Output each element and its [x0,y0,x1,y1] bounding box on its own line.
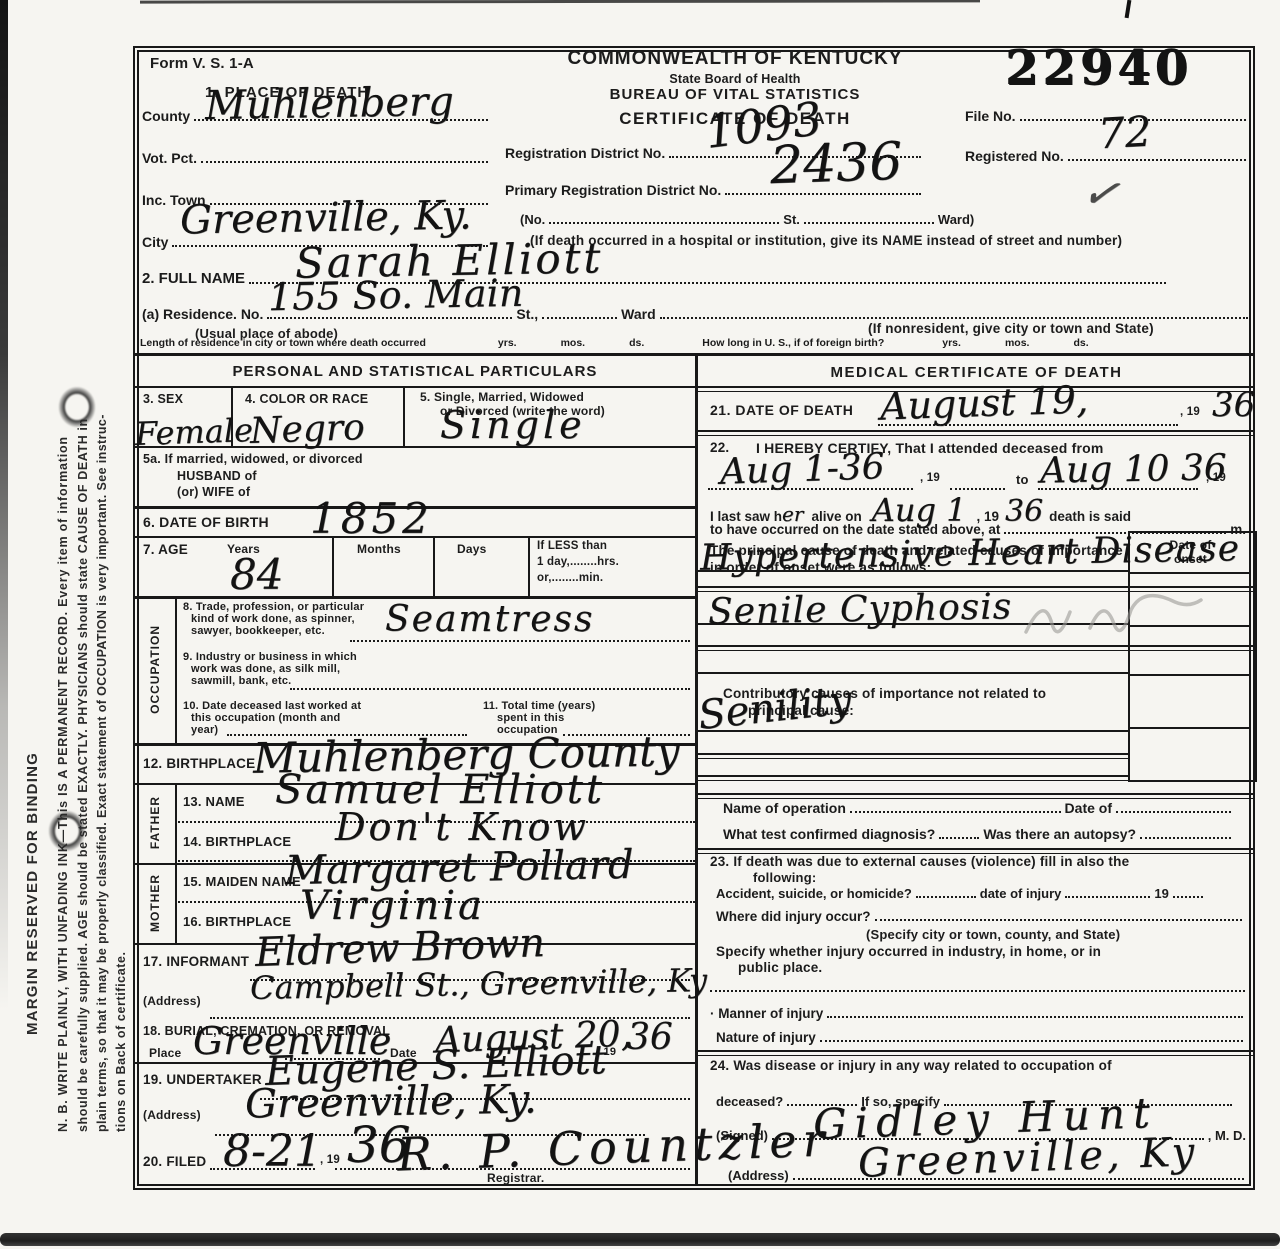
specify-whether-text-2: public place. [738,960,822,975]
registered-no-label: Registered No. [965,148,1064,164]
last-saw-date-value: Aug 1 [872,494,967,526]
margin-binding-text: MARGIN RESERVED FOR BINDING [24,752,41,1035]
date-of-death-label: 21. DATE OF DEATH [710,402,853,418]
mother-birthplace-value: Virginia [300,886,485,926]
last-saw-er: er [782,504,803,524]
cell-border [433,536,435,596]
where-injury-label: Where did injury occur? [716,909,871,924]
less-than-label-1: If LESS than [537,540,607,552]
street-no-line [549,222,779,224]
mother-side-text: MOTHER [148,874,162,932]
deceased-label: deceased? [716,1094,783,1109]
personal-section: PERSONAL AND STATISTICAL PARTICULARS 3. … [135,356,698,1184]
scan-top-edge-artifact [140,0,980,4]
father-name-value: Samuel Elliott [275,770,605,810]
date-of-death-year-value: 36 [1212,388,1255,422]
occupation-side-text: OCCUPATION [148,625,162,714]
street-st-line [804,222,934,224]
attended-from-year-line [950,488,1005,490]
residence-label: (a) Residence. No. [142,306,263,322]
residence-ward-label: Ward [621,306,655,322]
husband-label-2: HUSBAND of [177,469,257,483]
personal-title: PERSONAL AND STATISTICAL PARTICULARS [135,363,695,380]
county-label: County [142,108,190,124]
father-name-label: 13. NAME [183,794,245,809]
primary-district-label: Primary Registration District No. [505,182,721,198]
length-left-label: Length of residence in city or town wher… [140,337,426,349]
color-value: Negro [249,410,365,450]
age-value: 84 [230,554,283,596]
cause-line-3 [698,672,1128,674]
rule [698,430,1255,436]
cell-border [175,863,177,943]
scan-bottom-streak-artifact [0,1233,1280,1246]
accident-row: Accident, suicide, or homicide? date of … [716,886,1246,901]
cause-of-death-2: Senile Cyphosis [708,589,1013,630]
residence-value: 155 So. Main [268,274,524,316]
where-injury-row: Where did injury occur? [716,909,1246,924]
rule [698,753,1128,759]
marital-label-1: 5. Single, Married, Widowed [420,390,584,404]
onset-rule [1130,572,1251,574]
undertaker-address-label: (Address) [143,1108,201,1122]
where-injury-line [875,919,1242,921]
onset-rule [1130,674,1251,676]
date-of-line [1116,811,1231,813]
days-label: Days [457,542,487,556]
length-mos2-label: mos. [1005,337,1030,349]
nature-of-injury-row: Nature of injury [716,1030,1247,1045]
color-label: 4. COLOR OR RACE [245,392,368,406]
nature-of-injury-line [820,1040,1243,1042]
length-yrs2-label: yrs. [942,337,961,349]
father-birthplace-value: Don't Know [335,808,589,846]
form-number: Form V. S. 1-A [150,55,254,72]
voting-precinct-line [201,161,488,163]
certificate-number-stamp: 22940 [1005,44,1192,92]
residence-ward-line [660,317,1248,319]
check-mark: ✓ [1078,169,1122,219]
street-ward-label: Ward) [938,212,974,227]
informant-address-label: (Address) [143,994,201,1008]
trade-label-2: kind of work done, as spinner, [191,613,355,625]
cell-border [175,596,177,743]
mother-maiden-label: 15. MAIDEN NAME [183,874,301,889]
state-board-subtitle: State Board of Health [500,72,970,86]
accident-line [916,896,976,898]
husband-label-3: (or) WIFE of [177,485,250,499]
date-of-death-year-printed: , 19 [1180,406,1200,418]
attended-to-label: to [1016,472,1029,487]
dob-value: 1852 [310,498,433,540]
industry-line [290,688,690,690]
operation-line [850,811,1061,813]
date-of-injury-line [1065,896,1150,898]
filed-year-printed: , 19 [320,1154,340,1166]
nature-of-injury-label: Nature of injury [716,1030,816,1045]
autopsy-label: Was there an autopsy? [983,826,1136,842]
hospital-note: (If death occurred in a hospital or inst… [530,233,1122,248]
medical-section: MEDICAL CERTIFICATE OF DEATH 21. DATE OF… [698,356,1255,1184]
burial-place-label: Place [149,1046,181,1060]
md-label: , M. D. [1208,1128,1246,1143]
burial-year-value: 36 [627,1020,673,1056]
physician-address-value: Greenville, Ky [857,1132,1198,1184]
mother-birthplace-label: 16. BIRTHPLACE [183,914,291,929]
industry-label-3: sawmill, bank, etc. [191,675,291,687]
commonwealth-title: COMMONWEALTH OF KENTUCKY [500,48,970,70]
registration-district-label: Registration District No. [505,145,665,161]
nonresident-note: (If nonresident, give city or town and S… [868,321,1154,336]
length-yrs-label: yrs. [498,337,517,349]
city-value: Greenville, Ky. [180,195,472,240]
dob-label: 6. DATE OF BIRTH [143,514,269,530]
operation-label: Name of operation [723,800,846,816]
last-worked-label-2: this occupation (month and [191,712,340,724]
date-of-label: Date of [1065,800,1112,816]
death-certificate-scan: { "artifacts": { "stamp": "22940", "chec… [0,0,1280,1249]
specify-whether-text-1: Specify whether injury occurred in indus… [716,944,1101,959]
file-no-label: File No. [965,108,1016,124]
margin-note-line3: plain terms, so that it may be properly … [95,414,109,1132]
autopsy-line [1140,837,1231,839]
registrar-signature: R. P. Countzler [396,1116,831,1177]
occupation-related-text: 24. Was disease or injury in any way rel… [710,1058,1112,1073]
date-of-death-value: August 19, [879,380,1088,425]
attended-to-value: Aug 10 36 [1040,450,1227,489]
cause-of-death-1: Hypertensive Heart Disease [700,531,1241,576]
less-than-label-2: 1 day,........hrs. [537,556,619,568]
city-label: City [142,234,168,250]
street-row: (No. St. Ward) [520,212,1255,227]
street-st-label: St. [783,212,800,227]
test-line [939,837,979,839]
residence-st-line [542,317,617,319]
length-ds2-label: ds. [1073,337,1088,349]
father-side-label: FATHER [135,783,175,863]
manner-of-injury-line [827,1016,1243,1018]
violence-text-1: 23. If death was due to external causes … [710,854,1129,869]
last-saw-year-value: 36 [1005,497,1043,527]
full-name-label: 2. FULL NAME [142,270,245,287]
father-birthplace-label: 14. BIRTHPLACE [183,834,291,849]
test-label: What test confirmed diagnosis? [723,826,935,842]
margin-note-line2: should be carefully supplied. AGE should… [76,418,90,1132]
rule [698,793,1255,799]
margin-note-line4: tions on Back of certificate. [114,951,128,1132]
filed-date-value: 8-21 [223,1130,322,1174]
informant-address-value: Campbell St., Greenville, Ky [250,964,708,1004]
length-right-label: How long in U. S., if of foreign birth? [702,337,884,349]
injury-year-line [1173,896,1203,898]
trade-line [350,640,690,642]
trade-value: Seamtress [385,602,595,638]
voting-precinct-label: Vot. Pct. [142,150,197,166]
violence-text-2: following: [753,870,816,885]
accident-label: Accident, suicide, or homicide? [716,886,912,901]
scan-left-edge-artifact [0,0,8,1010]
industry-label-1: 9. Industry or business in which [183,651,357,663]
last-worked-label-3: year) [191,724,218,736]
rule [698,1050,1255,1056]
registered-no-value: 72 [1097,111,1153,156]
cell-border [528,536,530,596]
occupation-side-label: OCCUPATION [135,596,175,743]
age-label: 7. AGE [143,542,188,557]
mother-side-label: MOTHER [135,863,175,943]
trade-label-3: sawyer, bookkeeper, etc. [191,625,325,637]
onset-rule [1130,727,1251,729]
pencil-marks [1018,584,1218,654]
scan-top-tick-artifact [1125,0,1132,18]
street-no-label: (No. [520,212,545,227]
father-side-text: FATHER [148,796,162,849]
county-value: Muhlenberg [205,82,454,126]
test-row: What test confirmed diagnosis? Was there… [723,826,1235,842]
trade-label-1: 8. Trade, profession, or particular [183,601,364,613]
registered-no-line [1068,159,1246,161]
sex-label: 3. SEX [143,392,183,406]
injury-year-printed: 19 [1154,886,1168,901]
blank-line [710,990,1245,992]
cell-border [332,536,334,596]
physician-address-label: (Address) [728,1168,789,1183]
total-time-label-2: spent in this [497,712,564,724]
manner-of-injury-label: · Manner of injury [710,1006,823,1021]
length-of-residence-row: Length of residence in city or town wher… [140,337,1252,349]
margin-note-line1: N. B. WRITE PLAINLY, WITH UNFADING INK—T… [56,436,70,1132]
length-mos-label: mos. [561,337,586,349]
total-time-label-1: 11. Total time (years) [483,700,595,712]
marital-value: Single [440,406,586,444]
contributory-value: Senility [696,680,853,736]
birthplace-label: 12. BIRTHPLACE [143,756,255,771]
cell-border [403,386,405,446]
specify-city-note: (Specify city or town, county, and State… [866,927,1120,942]
manner-of-injury-row: · Manner of injury [710,1006,1247,1021]
months-label: Months [357,542,401,556]
medical-title: MEDICAL CERTIFICATE OF DEATH [698,364,1255,381]
sex-value: Female [134,414,253,450]
length-ds-label: ds. [629,337,644,349]
attended-from-year: , 19 [920,472,940,484]
cell-border [175,783,177,863]
rule [135,386,695,388]
attended-from-value: Aug 1-36 [719,449,885,491]
industry-label-2: work was done, as silk mill, [191,663,340,675]
operation-row: Name of operation Date of [723,800,1235,816]
filed-label: 20. FILED [143,1154,206,1169]
husband-label-1: 5a. If married, widowed, or divorced [143,452,363,466]
rule [698,775,1128,781]
less-than-label-3: or,........min. [537,572,603,584]
informant-label: 17. INFORMANT [143,954,249,969]
last-worked-label-1: 10. Date deceased last worked at [183,700,361,712]
date-of-injury-label: date of injury [980,886,1062,901]
voting-precinct-row: Vot. Pct. [142,150,492,166]
primary-district-value: 2436 [769,136,903,193]
